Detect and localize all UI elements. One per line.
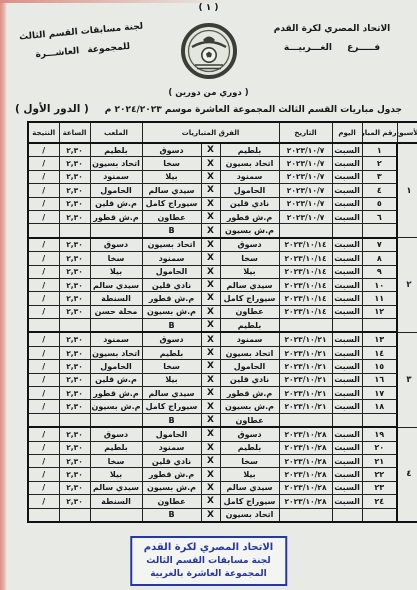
match-result: / <box>28 157 59 170</box>
scan-edge-top <box>0 0 230 3</box>
match-row: ٢٧السبت٢٠٢٣/١٠/١٤دسوقXاتحاد بسيوندسوق٢,٣… <box>28 238 417 252</box>
team-home: م.ش قطور <box>220 387 279 400</box>
match-number: ١٩ <box>362 427 397 441</box>
match-day: السبت <box>332 468 362 481</box>
match-time <box>59 319 90 333</box>
vs-mark: X <box>201 332 220 346</box>
match-number: ٤ <box>362 184 397 197</box>
stamp-line3: المجموعة العاشرة بالغربية <box>144 568 273 581</box>
vs-mark: X <box>201 170 220 183</box>
vs-mark: X <box>201 292 220 305</box>
week-number: ١ <box>397 143 417 238</box>
match-time: ٢,٣٠ <box>59 373 90 386</box>
col-match-number: رقم المباراة <box>362 122 397 143</box>
vs-mark: X <box>201 413 220 427</box>
match-number: ١٣ <box>362 332 397 346</box>
match-date: ٢٠٢٣/١٠/١٤ <box>279 238 332 252</box>
match-date: ٢٠٢٣/١٠/٧ <box>279 157 332 170</box>
match-day: السبت <box>332 481 362 494</box>
match-day: السبت <box>332 360 362 373</box>
match-date: ٢٠٢٣/١٠/١٤ <box>279 278 332 291</box>
match-stadium <box>90 508 142 522</box>
team-home: سمنود <box>220 170 279 183</box>
match-row: ٢٠السبت٢٠٢٣/١٠/٢٨بلطيمXسمنودبلطيم٢,٣٠/ <box>28 441 417 454</box>
match-day: السبت <box>332 210 362 223</box>
schedule-table-wrapper: الأسبوع رقم المباراة اليوم التاريخ الفرق… <box>27 121 417 523</box>
match-result: / <box>28 346 59 359</box>
team-away: بلطيم <box>142 346 201 359</box>
team-home: سخا <box>220 252 279 265</box>
col-result: النتيجة <box>28 122 59 143</box>
match-date <box>279 413 332 427</box>
match-result: / <box>28 305 59 318</box>
match-result: / <box>28 427 59 441</box>
match-time: ٢,٣٠ <box>59 278 90 291</box>
match-result: / <box>28 252 59 265</box>
vs-mark: X <box>201 278 220 291</box>
match-date: ٢٠٢٣/١٠/٢١ <box>279 360 332 373</box>
stamp-line2: لجنة مسابقات القسم الثالث <box>144 555 273 568</box>
team-home: سيوراج كامل <box>220 495 279 508</box>
team-away: سخا <box>142 157 201 170</box>
match-stadium <box>90 224 142 238</box>
table-header-row: الأسبوع رقم المباراة اليوم التاريخ الفرق… <box>28 122 417 143</box>
match-day: السبت <box>332 292 362 305</box>
bye-row: عطاونXB <box>28 413 417 427</box>
match-time: ٢,٣٠ <box>59 305 90 318</box>
match-stadium: م.ش قطور <box>90 387 142 400</box>
bye-row: بلطيمXB <box>28 319 417 333</box>
match-day: السبت <box>332 454 362 467</box>
match-day: السبت <box>332 157 362 170</box>
match-result: / <box>28 387 59 400</box>
match-day: السبت <box>332 441 362 454</box>
team-away: سمنود <box>142 441 201 454</box>
team-home: اتحاد بسيون <box>220 157 279 170</box>
match-row: ٩السبت٢٠٢٣/١٠/١٤بيلاXالحامولبيلا٢,٣٠/ <box>28 265 417 278</box>
match-day: السبت <box>332 170 362 183</box>
schedule-title: جدول مباريات القسم الثالث المجموعة العاش… <box>105 105 402 115</box>
match-result: / <box>28 454 59 467</box>
vs-mark: X <box>201 481 220 494</box>
match-time: ٢,٣٠ <box>59 400 90 413</box>
match-stadium: م.ش بسيون <box>90 400 142 413</box>
match-day: السبت <box>332 265 362 278</box>
match-row: ٢السبت٢٠٢٣/١٠/٧اتحاد بسيونXسخااتحاد بسيو… <box>28 157 417 170</box>
match-stadium: سمنود <box>90 170 142 183</box>
col-time: الساعة <box>59 122 90 143</box>
match-row: ٤١٩السبت٢٠٢٣/١٠/٢٨دسوقXالحامولدسوق٢,٣٠/ <box>28 427 417 441</box>
match-row: ١٠السبت٢٠٢٣/١٠/١٤سيدي سالمXنادي قلينسيدي… <box>28 278 417 291</box>
match-time: ٢,٣٠ <box>59 346 90 359</box>
match-number: ١٠ <box>362 278 397 291</box>
match-date: ٢٠٢٣/١٠/١٤ <box>279 252 332 265</box>
match-number: ١٦ <box>362 373 397 386</box>
team-home: سيدي سالم <box>220 481 279 494</box>
vs-mark: X <box>201 157 220 170</box>
team-away: سخا <box>142 360 201 373</box>
match-number: ٢٢ <box>362 468 397 481</box>
committee-line1: لجنة مسابقات القسم الثالث <box>11 21 151 43</box>
match-row: ١٤السبت٢٠٢٣/١٠/٢١اتحاد بسيونXبلطيماتحاد … <box>28 346 417 359</box>
league-format-note: ( دوري من دورين ) <box>0 88 417 98</box>
match-day: السبت <box>332 238 362 252</box>
match-stadium: بيلا <box>90 265 142 278</box>
team-away: م.ش بسيون <box>142 481 201 494</box>
col-teams: الفرق المتباريات <box>142 122 279 143</box>
scanned-schedule-page: { "page": { "number_label": "( ١ )" }, "… <box>0 0 417 590</box>
match-row: ٣١٣السبت٢٠٢٣/١٠/٢١سمنودXدسوقسمنود٢,٣٠/ <box>28 332 417 346</box>
match-time: ٢,٣٠ <box>59 427 90 441</box>
match-row: ٨السبت٢٠٢٣/١٠/١٤سخاXسمنودسخا٢,٣٠/ <box>28 252 417 265</box>
team-away: الحامول <box>142 265 201 278</box>
match-day: السبت <box>332 252 362 265</box>
vs-mark: X <box>201 468 220 481</box>
match-result: / <box>28 278 59 291</box>
match-stadium: محلة حسن <box>90 305 142 318</box>
match-day: السبت <box>332 495 362 508</box>
team-away: B <box>142 413 201 427</box>
match-result: / <box>28 197 59 210</box>
match-stadium: سخا <box>90 454 142 467</box>
match-date: ٢٠٢٣/١٠/٧ <box>279 210 332 223</box>
match-row: ١٦السبت٢٠٢٣/١٠/٢١نادي قلينXبيلام.ش قلين٢… <box>28 373 417 386</box>
match-row: ٢٢السبت٢٠٢٣/١٠/٢٨بيلاXم.ش قطوربيلا٢,٣٠/ <box>28 468 417 481</box>
match-stadium: م.ش قلين <box>90 197 142 210</box>
vs-mark: X <box>201 143 220 157</box>
match-date: ٢٠٢٣/١٠/٢٨ <box>279 481 332 494</box>
match-day: السبت <box>332 143 362 157</box>
match-stadium: بيلا <box>90 468 142 481</box>
match-stadium: بلطيم <box>90 143 142 157</box>
match-time: ٢,٣٠ <box>59 265 90 278</box>
match-time: ٢,٣٠ <box>59 387 90 400</box>
match-date <box>279 319 332 333</box>
match-result: / <box>28 400 59 413</box>
match-day: السبت <box>332 197 362 210</box>
team-away: سيدي سالم <box>142 387 201 400</box>
match-time: ٢,٣٠ <box>59 143 90 157</box>
team-away: دسوق <box>142 332 201 346</box>
team-home: سيوراج كامل <box>220 292 279 305</box>
match-number: ١١ <box>362 292 397 305</box>
match-stadium: سيدي سالم <box>90 481 142 494</box>
match-number: ٢٠ <box>362 441 397 454</box>
team-home: نادي قلين <box>220 373 279 386</box>
match-number: ٦ <box>362 210 397 223</box>
team-away: B <box>142 508 201 522</box>
team-away: B <box>142 224 201 238</box>
match-row: ١٢السبت٢٠٢٣/١٠/١٤عطاونXم.ش بسيونمحلة حسن… <box>28 305 417 318</box>
match-time: ٢,٣٠ <box>59 238 90 252</box>
match-number <box>362 413 397 427</box>
team-away: سيدي سالم <box>142 184 201 197</box>
match-day: السبت <box>332 373 362 386</box>
match-row: ٣السبت٢٠٢٣/١٠/٧سمنودXبيلاسمنود٢,٣٠/ <box>28 170 417 183</box>
team-home: بيلا <box>220 468 279 481</box>
match-result: / <box>28 292 59 305</box>
match-result: / <box>28 238 59 252</box>
match-result: / <box>28 373 59 386</box>
match-number <box>362 224 397 238</box>
week-number: ٣ <box>397 332 417 427</box>
match-result: / <box>28 265 59 278</box>
match-date: ٢٠٢٣/١٠/٢٨ <box>279 495 332 508</box>
match-result: / <box>28 360 59 373</box>
stamp-line1: الاتحاد المصري لكرة القدم <box>144 541 273 555</box>
col-week: الأسبوع <box>397 122 417 143</box>
scan-edge-left <box>0 0 7 590</box>
match-date: ٢٠٢٣/١٠/١٤ <box>279 305 332 318</box>
match-time: ٢,٣٠ <box>59 197 90 210</box>
team-away: نادي قلين <box>142 454 201 467</box>
team-home: م.ش بسيون <box>220 224 279 238</box>
col-date: التاريخ <box>279 122 332 143</box>
vs-mark: X <box>201 184 220 197</box>
vs-mark: X <box>201 427 220 441</box>
team-away: سيوراج كامل <box>142 400 201 413</box>
match-day <box>332 224 362 238</box>
match-stadium: السنطة <box>90 292 142 305</box>
team-home: سيدي سالم <box>220 278 279 291</box>
match-day: السبت <box>332 332 362 346</box>
match-day: السبت <box>332 387 362 400</box>
match-stadium: دسوق <box>90 427 142 441</box>
match-stadium <box>90 319 142 333</box>
match-row: ١٨السبت٢٠٢٣/١٠/٢١م.ش بسيونXسيوراج كاملم.… <box>28 400 417 413</box>
match-number: ٢ <box>362 157 397 170</box>
federation-branch: فـــــرع الغـــربيـــة <box>257 43 407 53</box>
team-home: سمنود <box>220 332 279 346</box>
team-away: دسوق <box>142 143 201 157</box>
match-time: ٢,٣٠ <box>59 495 90 508</box>
match-stadium: السنطة <box>90 495 142 508</box>
match-date: ٢٠٢٣/١٠/٢١ <box>279 387 332 400</box>
bye-row: م.ش بسيونXB <box>28 224 417 238</box>
match-stadium: م.ش قطور <box>90 210 142 223</box>
match-result <box>28 319 59 333</box>
schedule-title-row: جدول مباريات القسم الثالث المجموعة العاش… <box>0 103 417 115</box>
match-number: ٢١ <box>362 454 397 467</box>
match-row: ٤السبت٢٠٢٣/١٠/٧الحامولXسيدي سالمالحامول٢… <box>28 184 417 197</box>
vs-mark: X <box>201 319 220 333</box>
match-time: ٢,٣٠ <box>59 184 90 197</box>
match-date: ٢٠٢٣/١٠/٢١ <box>279 346 332 359</box>
match-stadium: الحامول <box>90 360 142 373</box>
team-home: اتحاد بسيون <box>220 508 279 522</box>
match-day <box>332 413 362 427</box>
vs-mark: X <box>201 373 220 386</box>
vs-mark: X <box>201 305 220 318</box>
week-number: ٢ <box>397 238 417 333</box>
match-day: السبت <box>332 346 362 359</box>
match-row: ١٧السبت٢٠٢٣/١٠/٢١م.ش قطورXسيدي سالمم.ش ق… <box>28 387 417 400</box>
schedule-table: الأسبوع رقم المباراة اليوم التاريخ الفرق… <box>27 121 417 523</box>
week-number: ٤ <box>397 427 417 522</box>
match-number: ٣ <box>362 170 397 183</box>
federation-emblem-icon <box>180 22 238 80</box>
match-stadium: اتحاد بسيون <box>90 346 142 359</box>
match-day: السبت <box>332 184 362 197</box>
match-number: ١٨ <box>362 400 397 413</box>
team-home: م.ش بسيون <box>220 400 279 413</box>
match-number: ١٢ <box>362 305 397 318</box>
match-result: / <box>28 210 59 223</box>
match-day: السبت <box>332 305 362 318</box>
team-home: اتحاد بسيون <box>220 346 279 359</box>
match-date: ٢٠٢٣/١٠/٧ <box>279 184 332 197</box>
match-day: السبت <box>332 278 362 291</box>
match-date: ٢٠٢٣/١٠/١٤ <box>279 292 332 305</box>
vs-mark: X <box>201 197 220 210</box>
match-time: ٢,٣٠ <box>59 481 90 494</box>
team-home: م.ش قطور <box>220 210 279 223</box>
match-stadium: سيدي سالم <box>90 278 142 291</box>
match-date: ٢٠٢٣/١٠/٧ <box>279 170 332 183</box>
vs-mark: X <box>201 360 220 373</box>
vs-mark: X <box>201 400 220 413</box>
match-result: / <box>28 481 59 494</box>
match-stadium: دسوق <box>90 238 142 252</box>
match-number: ١ <box>362 143 397 157</box>
team-home: نادي قلين <box>220 197 279 210</box>
match-result: / <box>28 170 59 183</box>
team-home: سخا <box>220 454 279 467</box>
match-result: / <box>28 332 59 346</box>
match-date: ٢٠٢٣/١٠/٢٨ <box>279 427 332 441</box>
match-number: ١٧ <box>362 387 397 400</box>
match-stadium: بلطيم <box>90 441 142 454</box>
match-day: السبت <box>332 427 362 441</box>
match-number: ١٤ <box>362 346 397 359</box>
match-time <box>59 224 90 238</box>
match-number: ٥ <box>362 197 397 210</box>
team-home: الحامول <box>220 360 279 373</box>
header-federation: الاتحاد المصري لكرة القدم فـــــرع الغــ… <box>257 24 407 53</box>
match-stadium: م.ش قلين <box>90 373 142 386</box>
team-away: نادي قلين <box>142 278 201 291</box>
match-date: ٢٠٢٣/١٠/١٤ <box>279 265 332 278</box>
match-number: ٢٣ <box>362 481 397 494</box>
vs-mark: X <box>201 265 220 278</box>
col-stadium: الملعب <box>90 122 142 143</box>
team-home: بيلا <box>220 265 279 278</box>
match-date: ٢٠٢٣/١٠/٢١ <box>279 400 332 413</box>
match-result <box>28 224 59 238</box>
match-date: ٢٠٢٣/١٠/٢١ <box>279 373 332 386</box>
match-row: ٥السبت٢٠٢٣/١٠/٧نادي قلينXسيوراج كاملم.ش … <box>28 197 417 210</box>
team-away: اتحاد بسيون <box>142 238 201 252</box>
match-row: ٢٤السبت٢٠٢٣/١٠/٢٨سيوراج كاملXعطاونالسنطة… <box>28 495 417 508</box>
match-row: ٢٣السبت٢٠٢٣/١٠/٢٨سيدي سالمXم.ش بسيونسيدي… <box>28 481 417 494</box>
match-day <box>332 508 362 522</box>
match-date <box>279 508 332 522</box>
match-number: ٨ <box>362 252 397 265</box>
match-day: السبت <box>332 400 362 413</box>
match-number <box>362 319 397 333</box>
team-away: سمنود <box>142 252 201 265</box>
team-away: سيوراج كامل <box>142 197 201 210</box>
match-date: ٢٠٢٣/١٠/٢٨ <box>279 454 332 467</box>
match-number: ٩ <box>362 265 397 278</box>
vs-mark: X <box>201 210 220 223</box>
vs-mark: X <box>201 252 220 265</box>
team-home: بلطيم <box>220 143 279 157</box>
vs-mark: X <box>201 224 220 238</box>
match-row: ٢١السبت٢٠٢٣/١٠/٢٨سخاXنادي قلينسخا٢,٣٠/ <box>28 454 417 467</box>
team-home: بلطيم <box>220 441 279 454</box>
team-home: عطاون <box>220 305 279 318</box>
match-row: ١١السبت٢٠٢٣/١٠/٧بلطيمXدسوقبلطيم٢,٣٠/ <box>28 143 417 157</box>
federation-title: الاتحاد المصري لكرة القدم <box>257 24 407 34</box>
team-home: دسوق <box>220 238 279 252</box>
federation-stamp: الاتحاد المصري لكرة القدم لجنة مسابقات ا… <box>130 536 287 586</box>
match-result: / <box>28 441 59 454</box>
match-time <box>59 413 90 427</box>
match-time: ٢,٣٠ <box>59 454 90 467</box>
match-stadium: سخا <box>90 252 142 265</box>
match-time: ٢,٣٠ <box>59 170 90 183</box>
match-day <box>332 319 362 333</box>
vs-mark: X <box>201 508 220 522</box>
match-time: ٢,٣٠ <box>59 210 90 223</box>
match-result: / <box>28 495 59 508</box>
match-stadium: سمنود <box>90 332 142 346</box>
match-date: ٢٠٢٣/١٠/٢٨ <box>279 441 332 454</box>
bye-row: اتحاد بسيونXB <box>28 508 417 522</box>
match-time: ٢,٣٠ <box>59 468 90 481</box>
match-row: ١٥السبت٢٠٢٣/١٠/٢١الحامولXسخاالحامول٢,٣٠/ <box>28 360 417 373</box>
vs-mark: X <box>201 238 220 252</box>
match-stadium: الحامول <box>90 184 142 197</box>
team-away: م.ش بسيون <box>142 305 201 318</box>
team-away: م.ش قطور <box>142 292 201 305</box>
vs-mark: X <box>201 495 220 508</box>
team-away: الحامول <box>142 427 201 441</box>
team-away: بيلا <box>142 373 201 386</box>
match-row: ١١السبت٢٠٢٣/١٠/١٤سيوراج كاملXم.ش قطورالس… <box>28 292 417 305</box>
team-away: م.ش قطور <box>142 468 201 481</box>
match-time: ٢,٣٠ <box>59 157 90 170</box>
match-stadium: اتحاد بسيون <box>90 157 142 170</box>
match-date: ٢٠٢٣/١٠/٧ <box>279 143 332 157</box>
match-result: / <box>28 184 59 197</box>
match-stadium <box>90 413 142 427</box>
header-committee: لجنة مسابقات القسم الثالث للمجموعة العاش… <box>11 21 153 62</box>
team-home: عطاون <box>220 413 279 427</box>
team-away: بيلا <box>142 170 201 183</box>
match-time: ٢,٣٠ <box>59 441 90 454</box>
page-number: ( ١ ) <box>0 3 417 13</box>
match-number: ٢٤ <box>362 495 397 508</box>
match-date: ٢٠٢٣/١٠/٢١ <box>279 332 332 346</box>
match-result: / <box>28 468 59 481</box>
vs-mark: X <box>201 387 220 400</box>
vs-mark: X <box>201 346 220 359</box>
round-label: ( الدور الأول ) <box>15 103 89 115</box>
match-date: ٢٠٢٣/١٠/٧ <box>279 197 332 210</box>
match-result: / <box>28 143 59 157</box>
match-number <box>362 508 397 522</box>
team-home: دسوق <box>220 427 279 441</box>
match-time <box>59 508 90 522</box>
match-time: ٢,٣٠ <box>59 332 90 346</box>
schedule-body: ١١السبت٢٠٢٣/١٠/٧بلطيمXدسوقبلطيم٢,٣٠/٢الس… <box>28 143 417 522</box>
team-away: عطاون <box>142 495 201 508</box>
col-day: اليوم <box>332 122 362 143</box>
match-time: ٢,٣٠ <box>59 292 90 305</box>
team-home: بلطيم <box>220 319 279 333</box>
